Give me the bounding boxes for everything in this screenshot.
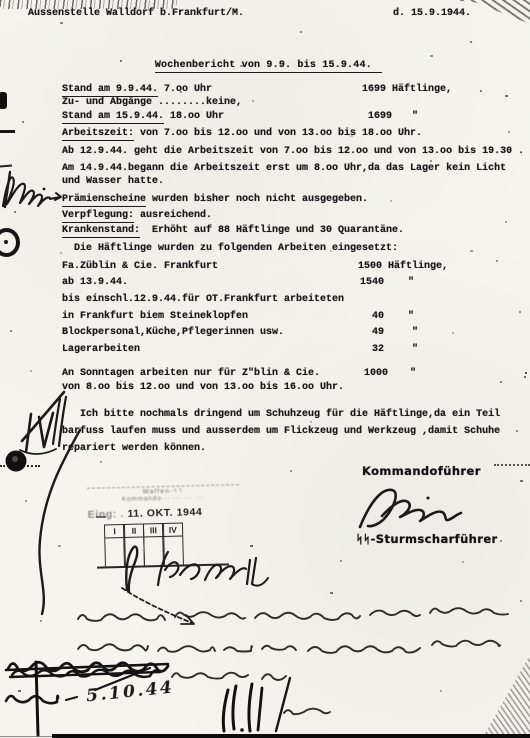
handwriting-stroke — [175, 612, 245, 618]
handwriting-stroke — [255, 613, 360, 620]
handwriting-stroke — [66, 697, 77, 700]
handwriting-stroke — [262, 674, 286, 680]
handwriting-stroke — [370, 611, 420, 617]
handwriting-stroke — [126, 547, 137, 591]
handwriting-dot — [12, 456, 18, 462]
handwriting-stroke — [233, 686, 236, 729]
handwriting-dot — [427, 497, 430, 500]
handwriting-stroke — [252, 578, 268, 586]
handwriting-dot — [43, 188, 46, 191]
handwriting-stroke — [284, 709, 330, 714]
handwriting-stroke — [276, 678, 290, 731]
handwriting-stroke — [205, 565, 246, 580]
handwriting-overlay — [0, 0, 530, 738]
handwriting-stroke — [258, 688, 262, 730]
handwriting-dot — [240, 728, 244, 732]
handwriting-stroke — [78, 614, 165, 621]
handwriting-stroke — [36, 662, 38, 735]
handwriting-stroke — [50, 193, 61, 200]
handwriting-stroke — [262, 646, 296, 650]
handwriting-stroke — [430, 608, 508, 614]
handwriting-stroke — [3, 177, 50, 206]
document-page: Aussenstelle Walldorf b.Frankfurt/M. d. … — [0, 0, 530, 738]
handwriting-stroke — [158, 646, 215, 652]
handwriting-stroke — [6, 696, 58, 703]
handwriting-stroke — [247, 558, 256, 584]
handwriting-stroke — [432, 641, 500, 647]
handwriting-stroke — [39, 430, 80, 614]
handwriting-stroke — [224, 646, 252, 651]
handwriting-stroke — [308, 646, 420, 653]
handwriting-stroke — [172, 673, 248, 679]
handwriting-stroke — [165, 562, 199, 579]
handwriting-stroke — [78, 644, 148, 650]
handwriting-stroke — [249, 684, 252, 731]
handwriting-stroke — [382, 501, 461, 521]
handwriting-stroke — [223, 690, 228, 731]
